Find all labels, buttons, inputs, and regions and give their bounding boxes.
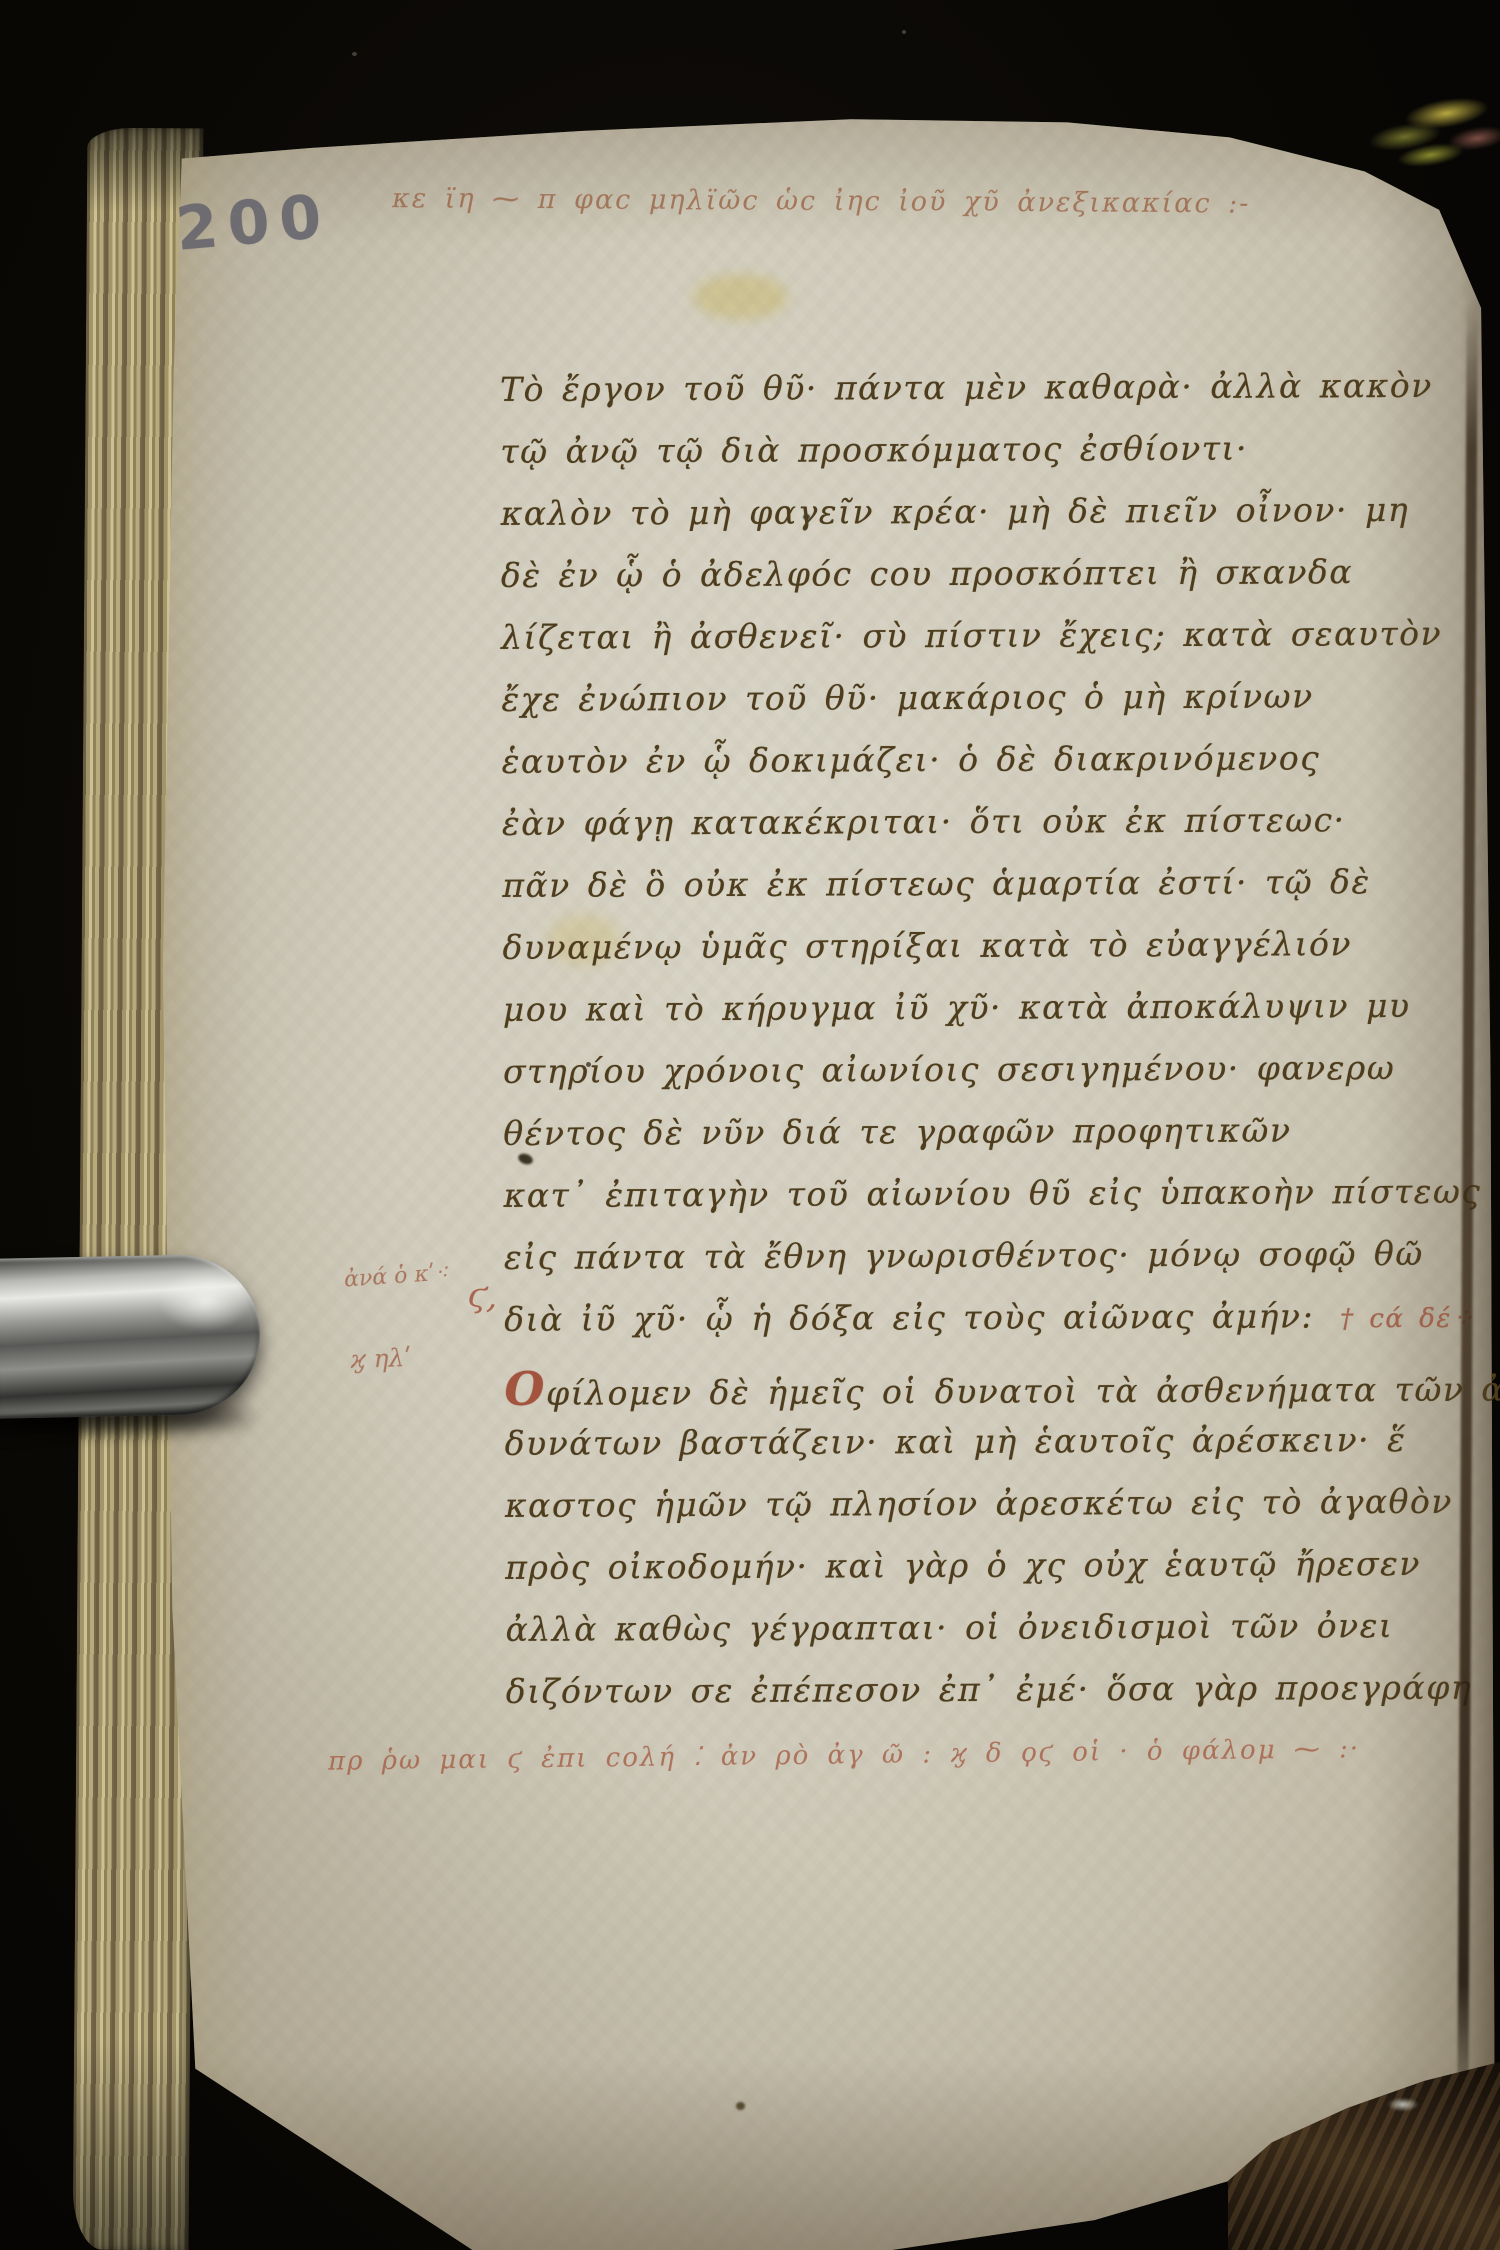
text-line: κατ᾽ ἐπιταγὴν τοῦ αἰωνίου θῦ εἰς ὑπακοὴν…	[504, 1172, 1384, 1238]
text-line: καλὸν τὸ μὴ φαγεῖν κρέα· μὴ δὲ πιεῖν οἶν…	[501, 490, 1381, 556]
metal-glint	[1388, 2098, 1418, 2111]
margin-lection-note: ϗ ηλʹ	[350, 1343, 412, 1374]
text-line: μου καὶ τὸ κήρυγμα ἰῦ χῦ· κατὰ ἀποκάλυψι…	[503, 986, 1383, 1052]
text-line: καστος ἡμῶν τῷ πλησίον ἀρεσκέτω εἰς τὸ ἀ…	[505, 1482, 1385, 1548]
dust-speck	[352, 52, 357, 56]
text-line: ἔχε ἐνώπιον τοῦ θῦ· μακάριος ὁ μὴ κρίνων	[501, 676, 1381, 742]
text-line: στηρίου χρόνοις αἰωνίοις σεσιγημένου· φα…	[503, 1048, 1383, 1114]
text-line: δυνάτων βαστάζειν· καὶ μὴ ἑαυτοῖς ἀρέσκε…	[505, 1420, 1385, 1486]
lection-end-mark: † ϲά δέ⁘	[1340, 1304, 1475, 1335]
text-block: Τὸ ἔργον τοῦ θῦ· πάντα μὲν καθαρὰ· ἀλλὰ …	[500, 366, 1386, 1734]
text-line: ἑαυτὸν ἐν ᾧ δοκιμάζει· ὁ δὲ διακρινόμενο…	[502, 738, 1382, 804]
headband-tuft	[1362, 78, 1500, 190]
text-line-with-initial: Οφίλομεν δὲ ἡμεῖς οἱ δυνατοὶ τὰ ἀσθενήμα…	[504, 1358, 1384, 1424]
text-line: διζόντων σε ἐπέπεσον ἐπ᾽ ἐμέ· ὅσα γὰρ πρ…	[506, 1668, 1386, 1734]
paragraph-mark: ϛ‚	[466, 1275, 500, 1318]
ink-speck	[736, 2102, 745, 2110]
text-line: δυναμένῳ ὑμᾶς στηρίξαι κατὰ τὸ εὐαγγέλιό…	[502, 924, 1382, 990]
text-line: ἐὰν φάγῃ κατακέκριται· ὅτι οὐκ ἐκ πίστεω…	[502, 800, 1382, 866]
book-weight-rod	[0, 1253, 262, 1419]
text-line-doxology-end: διὰ ἰῦ χῦ· ᾧ ἡ δόξα εἰς τοὺς αἰῶνας ἀμήν…	[504, 1296, 1384, 1362]
header-rubric: κε ϊη ⁓ π φαϲ μηλϊῶϲ ὡϲ ἰηϲ ἰοῦ χῦ ἀνεξι…	[392, 183, 1322, 220]
text-line: τῷ ἀνῷ τῷ διὰ προσκόμματος ἐσθίοντι·	[500, 428, 1380, 494]
text-line: θέντος δὲ νῦν διά τε γραφῶν προφητικῶν	[503, 1110, 1383, 1176]
folio-number: 200	[173, 181, 334, 264]
text-line: πᾶν δὲ ὃ οὐκ ἐκ πίστεως ἁμαρτία ἐστί· τῷ…	[502, 862, 1382, 928]
text-line: ἀλλὰ καθὼς γέγραπται· οἱ ὀνειδισμοὶ τῶν …	[505, 1606, 1385, 1672]
parchment-stain	[693, 274, 788, 320]
text-line: Τὸ ἔργον τοῦ θῦ· πάντα μὲν καθαρὰ· ἀλλὰ …	[500, 366, 1380, 432]
text-line: λίζεται ἢ ἀσθενεῖ· σὺ πίστιν ἔχεις; κατὰ…	[501, 614, 1381, 680]
photo-of-manuscript: 200 κε ϊη ⁓ π φαϲ μηλϊῶϲ ὡϲ ἰηϲ ἰοῦ χῦ ἀ…	[0, 0, 1500, 2250]
text-line: εἰς πάντα τὰ ἔθνη γνωρισθέντος· μόνῳ σοφ…	[504, 1234, 1384, 1300]
text-line: πρὸς οἰκοδομήν· καὶ γὰρ ὁ χς οὐχ ἑαυτῷ ἤ…	[505, 1544, 1385, 1610]
dust-speck	[902, 30, 906, 34]
text-line: δὲ ἐν ᾧ ὁ ἀδελφόϲ ϲου προσκόπτει ἢ σκανδ…	[501, 552, 1381, 618]
